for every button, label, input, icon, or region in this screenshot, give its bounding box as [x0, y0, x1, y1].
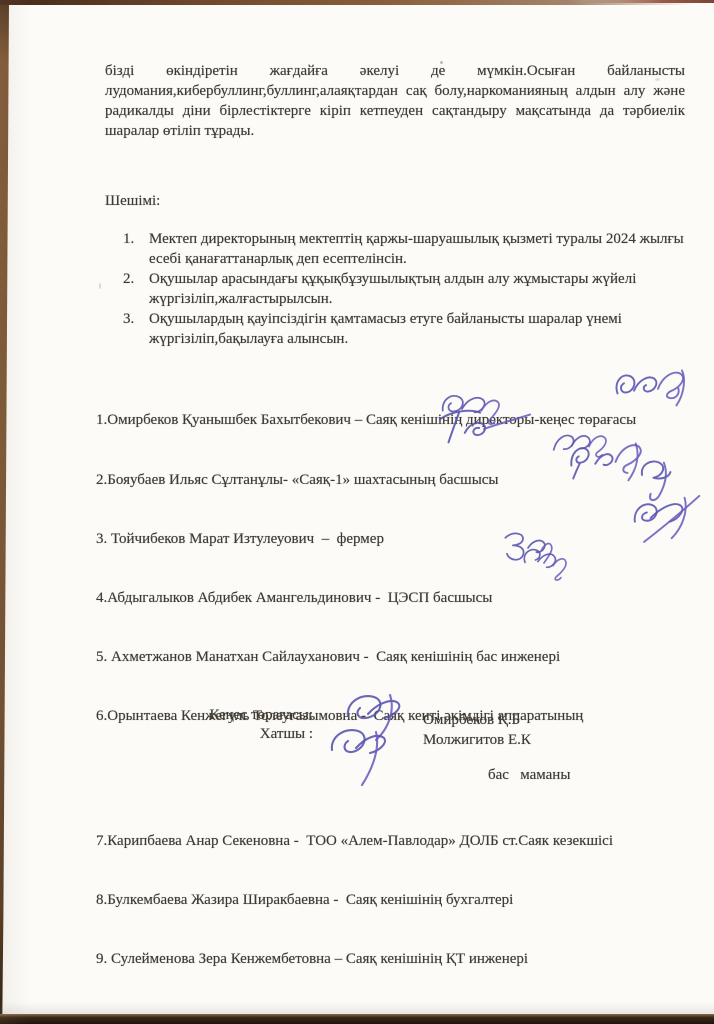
paragraph-line: шаралар өтіліп тұрады.	[105, 121, 685, 141]
paragraph-line: бізді өкіндіретін жағдайға әкелуі де мүм…	[105, 61, 685, 81]
attendee-line: 3. Тойчибеков Марат Изтулеуович – фермер	[96, 530, 708, 550]
decision-number: 2.	[123, 269, 149, 289]
attendee-line: 2.Бояубаев Ильяс Сұлтанұлы- «Саяқ-1» шах…	[96, 471, 708, 491]
paragraph-line: лудомания,кибербуллинг,буллинг,алаяқтард…	[105, 81, 685, 101]
chairman-label: Кеңес төрағасы:	[150, 706, 313, 725]
resolution-heading: Шешімі:	[105, 193, 160, 210]
decision-text: Оқушылар арасындағы құқықбұзушылықтың ал…	[149, 271, 636, 307]
decision-number: 1.	[123, 229, 149, 249]
attendee-line-continuation: бас маманы	[488, 766, 708, 786]
closing-labels: Кеңес төрағасы: Хатшы :	[150, 706, 313, 744]
decisions-list: 1.Мектеп директорының мектептің қаржы-ша…	[123, 229, 689, 349]
attendee-line: 5. Ахметжанов Манатхан Сайлауханович - С…	[96, 648, 708, 668]
chairman-name: Омирбеков Қ.Б	[423, 710, 531, 730]
scan-edge-left	[0, 0, 9, 1014]
decision-item: 1.Мектеп директорының мектептің қаржы-ша…	[123, 229, 689, 269]
scan-speckle	[99, 283, 101, 289]
attendee-line: 8.Булкембаева Жазира Ширакбаевна - Саяқ …	[96, 891, 708, 911]
attendees-list: 1.Омирбеков Қуанышбек Бахытбекович – Сая…	[96, 372, 708, 1010]
decision-item: 2.Оқушылар арасындағы құқықбұзушылықтың …	[123, 269, 689, 309]
attendee-line: 9. Сулейменова Зера Кенжембетовна – Саяқ…	[96, 950, 708, 970]
decision-text: Мектеп директорының мектептің қаржы-шару…	[149, 231, 684, 267]
scan-edge-right	[584, 0, 714, 3]
decision-text: Оқушылардың қауіпсіздігін қамтамасыз ету…	[149, 311, 622, 347]
scanned-page: бізді өкіндіретін жағдайға әкелуі де мүм…	[0, 0, 714, 1024]
paragraph-line: радикалды діни бірлестіктерге кіріп кетп…	[105, 101, 685, 121]
scan-edge-top	[0, 0, 714, 5]
attendee-line: 4.Абдыгалыков Абдибек Амангельдинович - …	[96, 589, 708, 609]
decision-number: 3.	[123, 309, 149, 329]
attendee-line: 1.Омирбеков Қуанышбек Бахытбекович – Сая…	[96, 411, 708, 431]
secretary-label: Хатшы :	[150, 725, 313, 744]
intro-paragraph: бізді өкіндіретін жағдайға әкелуі де мүм…	[105, 61, 685, 141]
secretary-name: Молжигитов Е.К	[423, 730, 531, 750]
scan-edge-bottom	[0, 1014, 714, 1024]
attendee-line: 7.Карипбаева Анар Секеновна - ТОО «Алем-…	[96, 832, 708, 852]
decision-item: 3.Оқушылардың қауіпсіздігін қамтамасыз е…	[123, 309, 689, 349]
closing-names: Омирбеков Қ.Б Молжигитов Е.К	[423, 710, 531, 750]
